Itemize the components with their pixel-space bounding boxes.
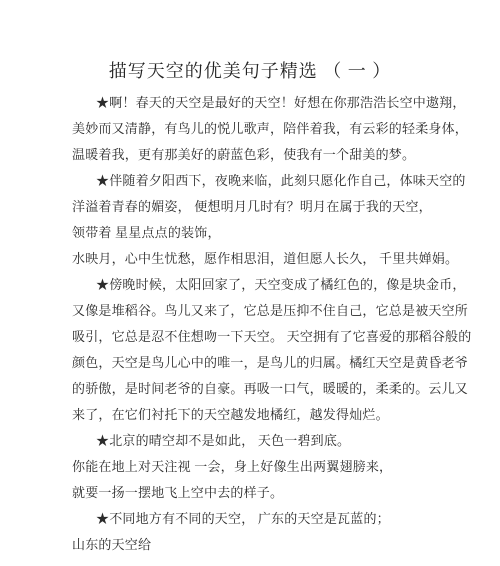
text-line: 颜色，天空是鸟儿心中的唯一，是鸟儿的归属。橘红天空是黄昏老爷 [72,350,444,376]
text-line: ★北京的晴空却不是如此， 天色一碧到底。 [72,428,444,454]
text-line: 山东的天空给 [72,532,444,558]
text-line: ★伴随着夕阳西下，夜晚来临，此刻只愿化作自己，体味天空的 [72,168,444,194]
text-line: 温暖着我，更有那美好的蔚蓝色彩，使我有一个甜美的梦。 [72,142,444,168]
text-line: 的骄傲，是时间老爷的自豪。再吸一口气，暖暖的，柔柔的。云儿又 [72,376,444,402]
text-line: 领带着 星星点点的装饰， [72,220,444,246]
text-line: ★不同地方有不同的天空， 广东的天空是瓦蓝的； [72,506,444,532]
text-line: ★傍晚时候，太阳回家了，天空变成了橘红色的，像是块金币， [72,272,444,298]
text-line: 来了，在它们衬托下的天空越发地橘红，越发得灿烂。 [72,402,444,428]
text-line: 吸引，它总是忍不住想吻一下天空。 天空拥有了它喜爱的那稻谷般的 [72,324,444,350]
text-line: 你能在地上对天注视 一会，身上好像生出两翼翅膀来， [72,454,444,480]
text-line: 美妙而又清静，有鸟儿的悦儿歌声，陪伴着我，有云彩的轻柔身体， [72,116,444,142]
text-line: 又像是堆稻谷。鸟儿又来了，它总是压抑不住自己，它总是被天空所 [72,298,444,324]
text-line: ★啊！春天的天空是最好的天空！好想在你那浩浩长空中遨翔， [72,90,444,116]
text-line: 洋溢着青春的媚姿， 便想明月几时有？明月在属于我的天空， [72,194,444,220]
page-title: 描写天空的优美句子精选 （ 一 ） [0,57,500,85]
document-body: ★啊！春天的天空是最好的天空！好想在你那浩浩长空中遨翔，美妙而又清静，有鸟儿的悦… [72,90,444,558]
document-page: 描写天空的优美句子精选 （ 一 ） ★啊！春天的天空是最好的天空！好想在你那浩浩… [0,0,500,566]
text-line: 水映月，心中生忧愁，愿作相思泪，道但愿人长久， 千里共婵娟。 [72,246,444,272]
text-line: 就要一扬一摆地飞上空中去的样子。 [72,480,444,506]
